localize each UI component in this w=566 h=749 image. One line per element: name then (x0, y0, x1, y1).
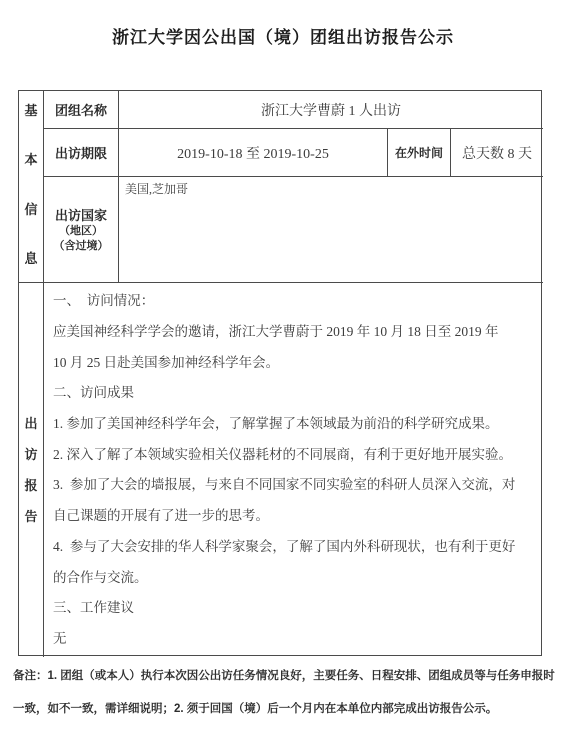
document-page: 浙江大学因公出国（境）团组出访报告公示 基本信息 团组名称 浙江大学曹蔚 1 人… (0, 0, 566, 749)
report-text-line: 一、 访问情况： (53, 284, 539, 315)
vertical-header-char: 基 (24, 100, 37, 121)
vertical-header-char: 访 (24, 444, 37, 465)
report-text-line: 1. 参加了美国神经科学年会，了解掌握了本领域最为前沿的科学研究成果。 (53, 407, 539, 438)
remarks-text-line: 备注：1. 团组（或本人）执行本次因公出访任务情况良好，主要任务、日程安排、团组… (13, 659, 561, 692)
trip-period-label: 出访期限 (44, 129, 119, 177)
vertical-header-char: 本 (24, 149, 37, 170)
vertical-header-char: 报 (24, 475, 37, 496)
destination-country-value: 美国,芝加哥 (119, 177, 543, 283)
destination-country-label-line1: 出访国家 (55, 205, 107, 224)
report-text-line: 3. 参加了大会的墙报展，与来自不同国家不同实验室的科研人员深入交流，对 (53, 468, 539, 499)
report-text-line: 应美国神经科学学会的邀请，浙江大学曹蔚于 2019 年 10 月 18 日至 2… (53, 315, 539, 346)
report-text-line: 三、工作建议 (53, 591, 539, 622)
report-text-line: 4. 参与了大会安排的华人科学家聚会，了解了国内外科研现状，也有利于更好 (53, 530, 539, 561)
report-text-line: 2. 深入了解了本领域实验相关仪器耗材的不同展商，有利于更好地开展实验。 (53, 437, 539, 468)
section-header-basic-info: 基本信息 (19, 91, 44, 283)
report-text-line: 10 月 25 日赴美国参加神经科学年会。 (53, 345, 539, 376)
total-days-value: 总天数 8 天 (451, 129, 543, 177)
report-text-line: 无 (53, 622, 539, 653)
trip-report-body: 一、 访问情况：应美国神经科学学会的邀请，浙江大学曹蔚于 2019 年 10 月… (44, 283, 543, 657)
vertical-header-char: 出 (24, 413, 37, 434)
page-title: 浙江大学因公出国（境）团组出访报告公示 (0, 26, 566, 50)
destination-country-label: 出访国家 （地区） （含过境） (44, 177, 119, 283)
vertical-header-char: 息 (24, 248, 37, 269)
group-name-value: 浙江大学曹蔚 1 人出访 (119, 91, 543, 129)
remarks-text-line: 一致，如不一致，需详细说明；2. 须于回国（境）后一个月内在本单位内部完成出访报… (13, 692, 561, 725)
trip-period-value: 2019-10-18 至 2019-10-25 (119, 129, 388, 177)
group-name-label: 团组名称 (44, 91, 119, 129)
vertical-header-char: 信 (24, 199, 37, 220)
report-table: 基本信息 团组名称 浙江大学曹蔚 1 人出访 出访期限 2019-10-18 至… (18, 90, 542, 656)
report-text-line: 自己课题的开展有了进一步的思考。 (53, 499, 539, 530)
time-abroad-label: 在外时间 (388, 129, 451, 177)
remarks-note: 备注：1. 团组（或本人）执行本次因公出访任务情况良好，主要任务、日程安排、团组… (13, 659, 561, 724)
destination-country-label-line2: （地区） (59, 224, 103, 239)
report-text-line: 的合作与交流。 (53, 560, 539, 591)
destination-country-label-line3: （含过境） (54, 239, 109, 254)
report-text-line: 二、访问成果 (53, 376, 539, 407)
vertical-header-char: 告 (24, 506, 37, 527)
section-header-trip-report: 出访报告 (19, 283, 44, 657)
